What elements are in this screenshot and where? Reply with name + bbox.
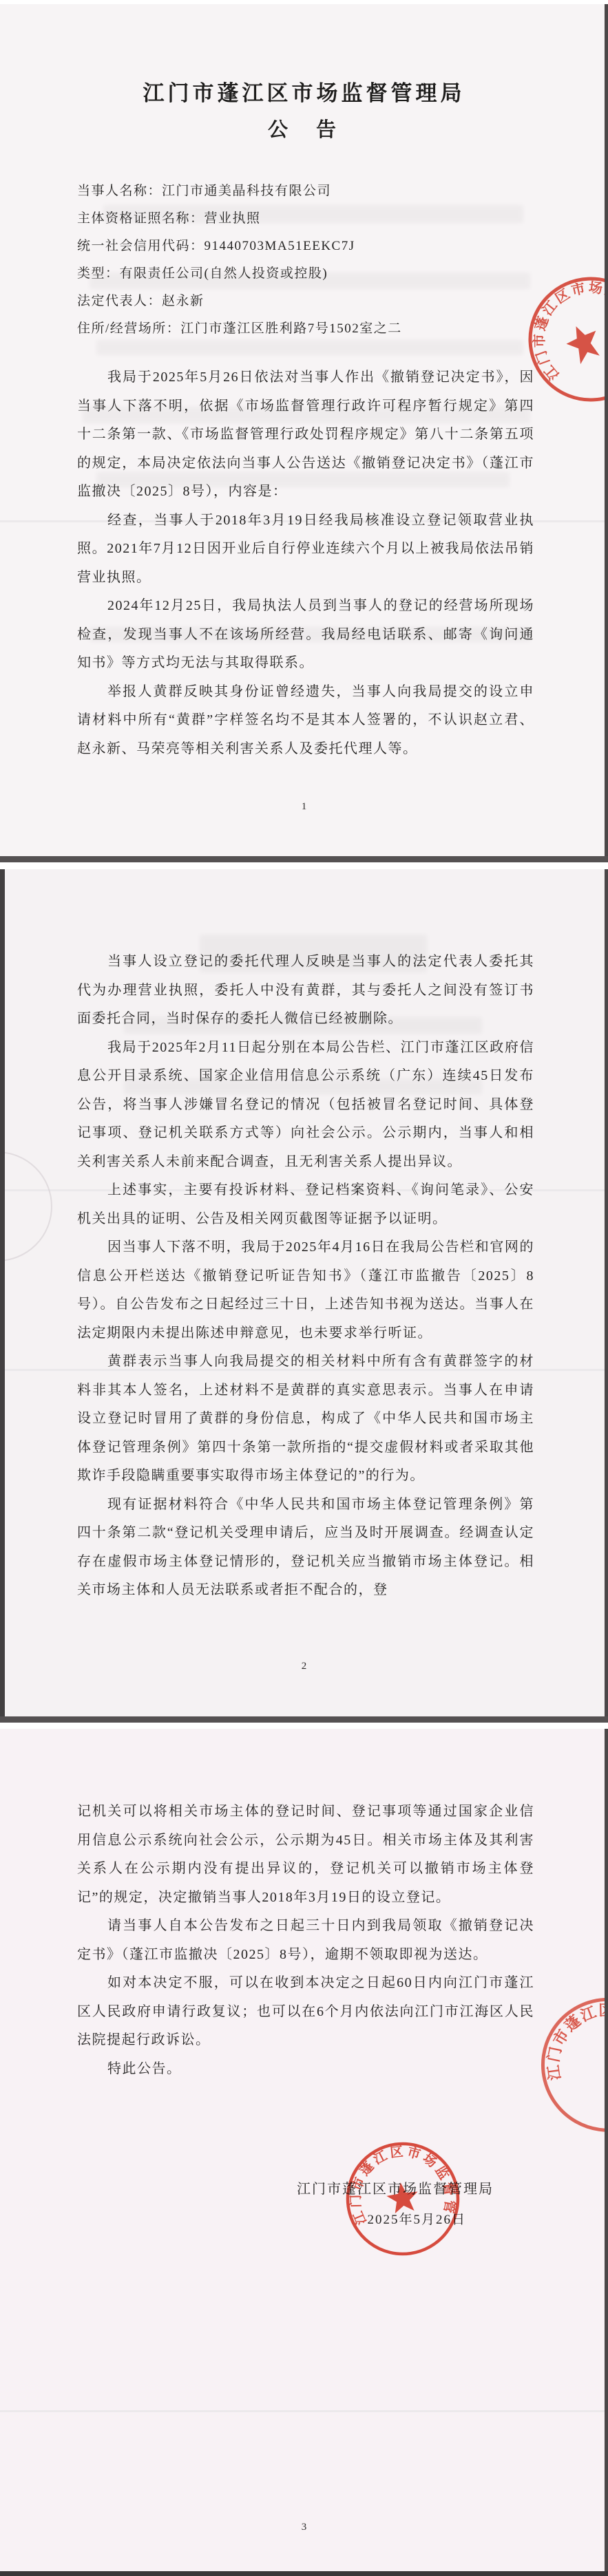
info-license-name: 主体资格证照名称：营业执照 bbox=[77, 205, 537, 233]
info-address: 住所/经营场所：江门市蓬江区胜利路7号1502室之二 bbox=[77, 315, 537, 343]
page-2-body: 当事人设立登记的委托代理人反映是当事人的法定代表人委托其代为办理营业执照，委托人… bbox=[77, 948, 534, 1605]
scan-edge bbox=[605, 869, 608, 1716]
official-seal-stamp: 江门市蓬江区市场监督管理局 bbox=[337, 2133, 469, 2265]
page-number: 2 bbox=[0, 1661, 608, 1672]
party-info-block: 当事人名称：江门市通美晶科技有限公司 主体资格证照名称：营业执照 统一社会信用代… bbox=[77, 178, 537, 343]
scan-edge-bottom bbox=[0, 2571, 608, 2576]
paragraph: 请当事人自本公告发布之日起三十日内到我局领取《撤销登记决定书》（蓬江市监撤决〔2… bbox=[77, 1912, 534, 1969]
paragraph: 现有证据材料符合《中华人民共和国市场主体登记管理条例》第四十条第二款“登记机关受… bbox=[77, 1491, 534, 1605]
scan-edge bbox=[0, 869, 5, 1716]
info-company-type: 类型：有限责任公司(自然人投资或控股) bbox=[77, 260, 537, 288]
paragraph: 因当事人下落不明，我局于2025年4月16日在我局公告栏和官网的信息公开栏送达《… bbox=[77, 1233, 534, 1348]
paragraph: 我局于2025年2月11日起分别在本局公告栏、江门市蓬江区政府信息公开目录系统、… bbox=[77, 1034, 534, 1177]
issuing-agency-signature: 江门市蓬江区市场监督管理局 bbox=[0, 2178, 608, 2197]
scan-edge bbox=[605, 4, 608, 856]
document-title: 江门市蓬江区市场监督管理局 bbox=[0, 76, 608, 107]
info-credit-code: 统一社会信用代码：91440703MA51EEKC7J bbox=[77, 233, 537, 260]
issue-date: 2025年5月26日 bbox=[0, 2209, 608, 2228]
page-3-body: 记机关可以将相关市场主体的登记时间、登记事项等通过国家企业信用信息公示系统向社会… bbox=[77, 1798, 534, 2083]
scanned-notice-document: 江门市蓬江区市场监督管理局 公 告 当事人名称：江门市通美晶科技有限公司 主体资… bbox=[0, 0, 608, 2576]
page-number: 3 bbox=[0, 2522, 608, 2533]
paragraph: 当事人设立登记的委托代理人反映是当事人的法定代表人委托其代为办理营业执照，委托人… bbox=[77, 948, 534, 1034]
paragraph: 经查，当事人于2018年3月19日经我局核准设立登记领取营业执照。2021年7月… bbox=[77, 507, 534, 593]
paragraph: 2024年12月25日，我局执法人员到当事人的登记的经营场所现场检查，发现当事人… bbox=[77, 592, 534, 678]
page-separator bbox=[0, 856, 608, 862]
page-1: 江门市蓬江区市场监督管理局 公 告 当事人名称：江门市通美晶科技有限公司 主体资… bbox=[0, 4, 608, 856]
paragraph: 如对本决定不服，可以在收到本决定之日起60日内向江门市蓬江区人民政府申请行政复议… bbox=[77, 1969, 534, 2055]
seal-star-icon bbox=[561, 319, 605, 365]
page-separator bbox=[0, 1716, 608, 1723]
faint-stamp-imprint bbox=[0, 1151, 52, 1262]
info-legal-representative: 法定代表人：赵永新 bbox=[77, 288, 537, 315]
page-3: 记机关可以将相关市场主体的登记时间、登记事项等通过国家企业信用信息公示系统向社会… bbox=[0, 1729, 608, 2571]
scan-edge bbox=[605, 1729, 608, 2571]
paragraph: 上述事实，主要有投诉材料、登记档案资料、《询问笔录》、公安机关出具的证明、公告及… bbox=[77, 1176, 534, 1233]
paragraph: 特此公告。 bbox=[77, 2055, 534, 2084]
page-2: 当事人设立登记的委托代理人反映是当事人的法定代表人委托其代为办理营业执照，委托人… bbox=[0, 869, 608, 1716]
document-subtitle: 公 告 bbox=[0, 114, 608, 142]
info-party-name: 当事人名称：江门市通美晶科技有限公司 bbox=[77, 178, 537, 205]
paragraph: 我局于2025年5月26日依法对当事人作出《撤销登记决定书》，因当事人下落不明，… bbox=[77, 363, 534, 507]
page-number: 1 bbox=[0, 801, 608, 813]
paragraph-continuation: 记机关可以将相关市场主体的登记时间、登记事项等通过国家企业信用信息公示系统向社会… bbox=[77, 1798, 534, 1912]
paragraph: 黄群表示当事人向我局提交的相关材料中所有含有黄群签字的材料非其本人签名，上述材料… bbox=[77, 1348, 534, 1491]
paragraph: 举报人黄群反映其身份证曾经遗失，当事人向我局提交的设立申请材料中所有“黄群”字样… bbox=[77, 678, 534, 764]
scan-streak bbox=[0, 2410, 608, 2412]
page-1-body: 我局于2025年5月26日依法对当事人作出《撤销登记决定书》，因当事人下落不明，… bbox=[77, 363, 534, 763]
